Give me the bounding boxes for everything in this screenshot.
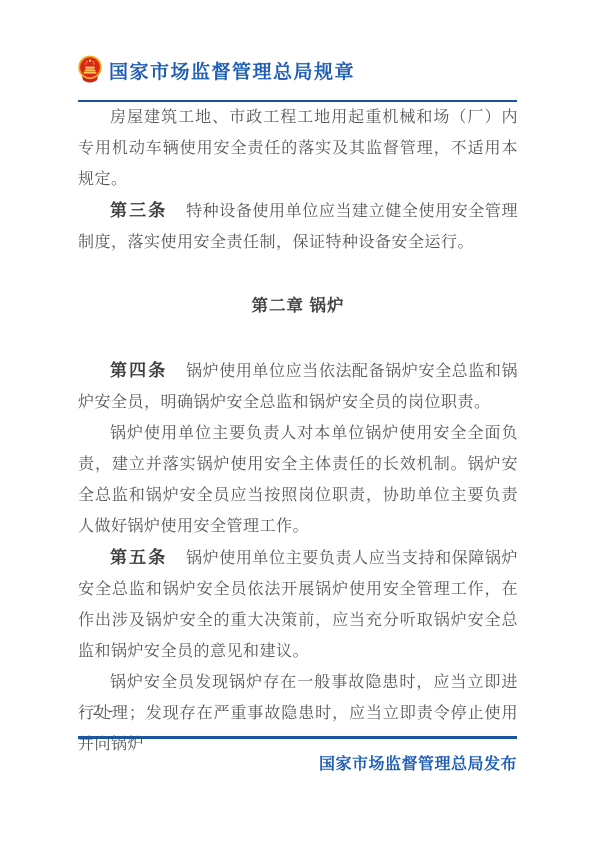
body-paragraph: 第四条锅炉使用单位应当依法配备锅炉安全总监和锅炉安全员，明确锅炉安全总监和锅炉安… <box>78 355 518 418</box>
document-body: 房屋建筑工地、市政工程工地用起重机械和场（厂）内专用机动车辆使用安全责任的落实及… <box>78 102 518 760</box>
document-page: 国家市场监督管理总局规章 房屋建筑工地、市政工程工地用起重机械和场（厂）内专用机… <box>0 0 595 842</box>
body-paragraph: 锅炉使用单位主要负责人对本单位锅炉使用安全全面负责，建立并落实锅炉使用安全主体责… <box>78 418 518 542</box>
document-header: 国家市场监督管理总局规章 <box>77 54 517 86</box>
body-paragraph: 房屋建筑工地、市政工程工地用起重机械和场（厂）内专用机动车辆使用安全责任的落实及… <box>78 102 518 195</box>
body-paragraph: 第三条特种设备使用单位应当建立健全使用安全管理制度，落实使用安全责任制，保证特种… <box>78 195 518 258</box>
article-number: 第三条 <box>110 201 167 220</box>
body-paragraph: 锅炉安全员发现锅炉存在一般事故隐患时，应当立即进行处理；发现存在严重事故隐患时，… <box>78 667 518 760</box>
article-number: 第五条 <box>110 548 167 567</box>
footer-rule <box>78 736 517 739</box>
document-header-title: 国家市场监督管理总局规章 <box>109 57 355 84</box>
footer-publisher: 国家市场监督管理总局发布 <box>78 751 517 774</box>
chapter-heading: 第二章 锅炉 <box>78 291 518 322</box>
page-number: - 2 - <box>80 703 115 720</box>
body-paragraph: 第五条锅炉使用单位主要负责人应当支持和保障锅炉安全总监和锅炉安全员依法开展锅炉使… <box>78 542 518 667</box>
article-number: 第四条 <box>110 361 167 380</box>
china-national-emblem-icon <box>77 54 103 86</box>
